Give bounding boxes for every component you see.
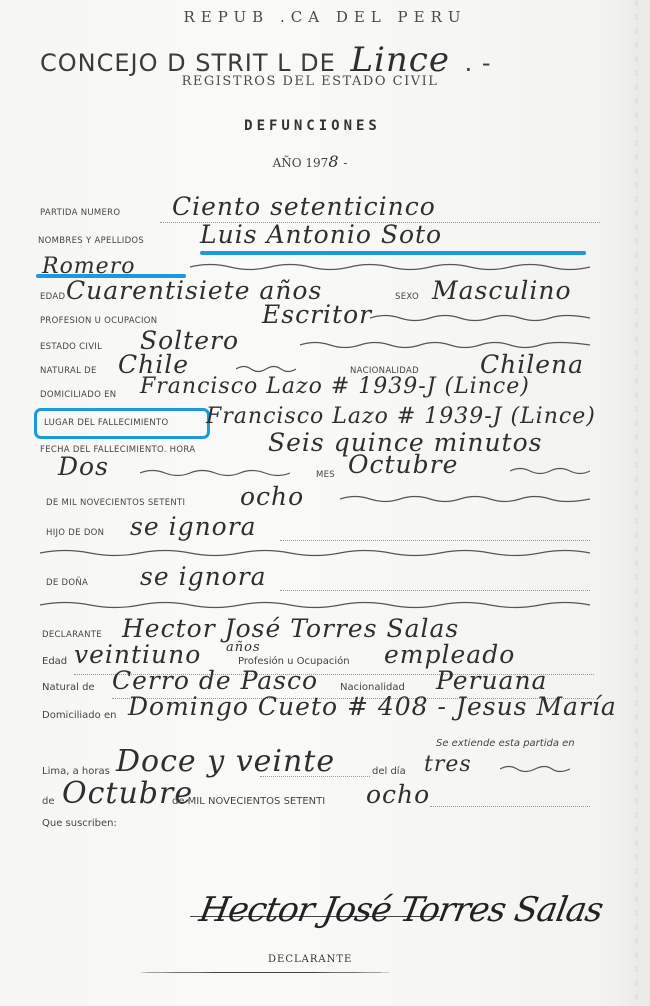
- highlight-underline-name: [200, 251, 586, 255]
- republic-heading: REPUB .CA DEL PERU: [0, 8, 650, 26]
- scan-edge: [635, 0, 638, 1006]
- domiciliado-value: Francisco Lazo # 1939-J (Lince): [140, 374, 530, 399]
- mes-value: Octubre: [348, 450, 458, 479]
- signature-role: DECLARANTE: [268, 954, 352, 965]
- nombres-value: Luis Antonio Soto: [200, 220, 442, 249]
- sexo-value: Masculino: [432, 276, 572, 305]
- declarante-profesion: empleado: [384, 640, 515, 669]
- dia-label: del día: [372, 766, 406, 777]
- extiende-text: Se extiende esta partida en: [436, 738, 575, 749]
- domiciliado-label: DOMICILIADO EN: [40, 390, 116, 400]
- mes-label: MES: [316, 470, 335, 480]
- de-dona-label: DE DOÑA: [46, 578, 88, 588]
- declarante-domicilio: Domingo Cueto # 408 - Jesus María: [128, 692, 617, 721]
- partida-numero-label: PARTIDA NUMERO: [40, 208, 120, 218]
- registry-heading: REGISTROS DEL ESTADO CIVIL: [0, 74, 620, 89]
- year-line: AÑO 1978 -: [0, 152, 620, 171]
- hijo-de-don-label: HIJO DE DON: [46, 528, 104, 538]
- sexo-label: SEXO: [395, 292, 419, 302]
- declarante-natural-label: Natural de: [42, 682, 95, 693]
- declarante-edad-label: Edad: [42, 656, 67, 667]
- declarante-anos: años: [226, 640, 261, 655]
- declarante-edad: veintiuno: [74, 640, 201, 669]
- de-label: de: [42, 796, 55, 807]
- dia-value: Dos: [58, 452, 109, 481]
- closing-dia: tres: [424, 752, 472, 777]
- edad-label: EDAD: [40, 292, 65, 302]
- closing-hora: Doce y veinte: [116, 744, 335, 779]
- profesion-value: Escritor: [262, 300, 372, 329]
- lugar-fallecimiento-label: LUGAR DEL FALLECIMIENTO: [44, 418, 168, 428]
- declarante-natural: Cerro de Pasco: [112, 666, 318, 695]
- estado-civil-label: ESTADO CIVIL: [40, 342, 102, 352]
- lugar-fallecimiento-value: Francisco Lazo # 1939-J (Lince): [206, 404, 596, 429]
- year-handwritten: 8: [328, 152, 339, 171]
- anio-value: ocho: [240, 482, 304, 511]
- death-certificate-page: REPUB .CA DEL PERU CONCEJO D STRIT L DE …: [0, 0, 650, 1006]
- council-prefix: CONCEJO D STRIT L DE: [40, 49, 336, 77]
- profesion-label: PROFESION U OCUPACION: [40, 316, 157, 326]
- hijo-de-don-value: se ignora: [130, 512, 257, 541]
- year-label: AÑO 197: [273, 156, 329, 170]
- declarante-signature: Hector José Torres Salas: [196, 890, 605, 930]
- closing-anio-label: de MIL NOVECIENTOS SETENTI: [172, 796, 325, 807]
- natural-de-label: NATURAL DE: [40, 366, 97, 376]
- nombres-label: NOMBRES Y APELLIDOS: [38, 236, 144, 246]
- signature-flourish: [140, 972, 390, 973]
- declarante-name: Hector José Torres Salas: [122, 614, 459, 643]
- section-title: DEFUNCIONES: [0, 118, 625, 134]
- de-dona-value: se ignora: [140, 562, 267, 591]
- partida-numero-value: Ciento setenticinco: [172, 192, 436, 221]
- declarante-domicilio-label: Domiciliado en: [42, 710, 116, 721]
- declarante-nacionalidad: Peruana: [436, 666, 547, 695]
- suscriben-text: Que suscriben:: [42, 818, 117, 829]
- closing-anio: ocho: [366, 780, 430, 809]
- declarante-label: DECLARANTE: [42, 630, 102, 640]
- anio-label: DE MIL NOVECIENTOS SETENTI: [46, 498, 185, 508]
